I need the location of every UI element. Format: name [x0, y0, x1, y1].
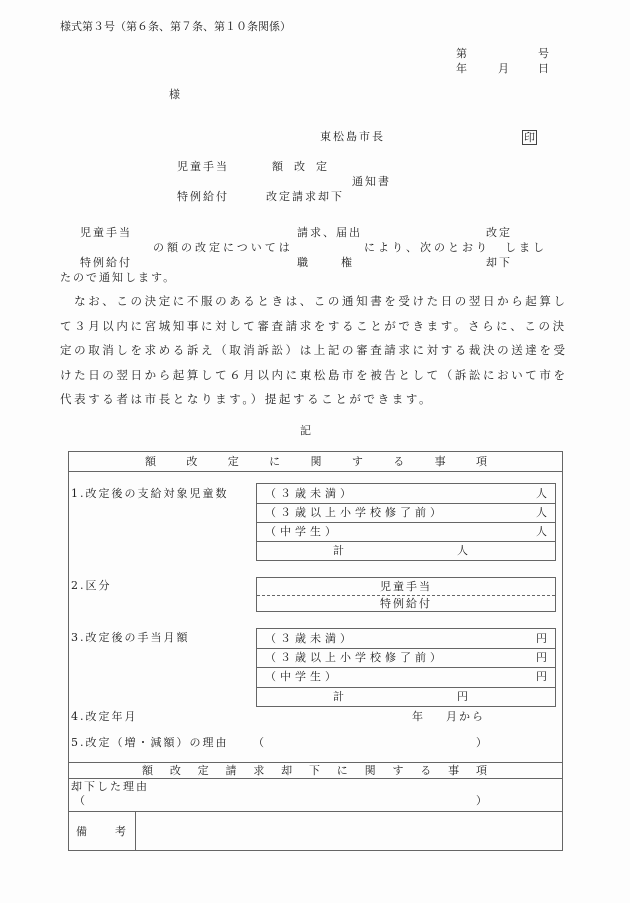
header-char: す	[392, 765, 403, 776]
header-char: 額	[145, 456, 156, 467]
header-char: 事	[435, 456, 446, 467]
item2-category-box: 児童手当 特例給付	[256, 577, 556, 612]
doc-number-prefix: 第	[456, 48, 467, 59]
row-unit: 人	[536, 522, 547, 541]
item1-row-3to-elementary[interactable]: （３歳以上小学校修了前）人	[257, 503, 555, 522]
row-unit: 円	[536, 629, 547, 648]
p1-special-benefit: 特例給付	[80, 257, 132, 268]
header-char: に	[337, 765, 348, 776]
remarks-field[interactable]	[137, 813, 561, 849]
date-year: 年	[456, 63, 467, 74]
total-unit: 円	[457, 691, 468, 702]
row-label: （中学生）	[265, 667, 340, 686]
item5-open-paren: （	[253, 737, 264, 748]
row-unit: 円	[536, 667, 547, 686]
category-special-benefit[interactable]: 特例給付	[257, 595, 555, 612]
item2-label: 2.区分	[71, 580, 112, 591]
date-day: 日	[538, 63, 549, 74]
header-char: 項	[476, 456, 487, 467]
reject-reason-label: 却下した理由	[71, 781, 149, 792]
title-special-benefit: 特例給付	[177, 191, 229, 202]
header-char: 項	[476, 765, 487, 776]
date-month: 月	[498, 63, 509, 74]
p2-line: て３月以内に宮城知事に対して審査請求をすることができます。さらに、この決	[60, 321, 567, 333]
seal-mark: 印	[522, 130, 537, 145]
item5-close-paren: ）	[476, 737, 487, 748]
reject-open-paren: （	[74, 795, 85, 806]
item1-row-under3[interactable]: （３歳未満）人	[257, 484, 555, 503]
p1-text-a: の額の改定については	[153, 242, 293, 253]
item4-year-unit[interactable]: 年	[412, 711, 423, 722]
header-char: 事	[448, 765, 459, 776]
row-unit: 人	[536, 503, 547, 522]
p1-text-b: により、次のとおり	[364, 242, 490, 253]
remarks-label-a: 備	[76, 826, 87, 837]
item5-label: 5.改定（増・減額）の理由	[71, 737, 229, 748]
p1-text-c: しまし	[505, 242, 547, 253]
section1-header: 額 改 定 に 関 す る 事 項	[145, 456, 487, 467]
header-char: 改	[170, 765, 181, 776]
row-unit: 円	[536, 648, 547, 667]
header-char: に	[269, 456, 280, 467]
divider	[68, 778, 563, 779]
item4-month-unit[interactable]: 月から	[446, 711, 485, 722]
row-label: （中学生）	[265, 522, 340, 541]
header-char: 請	[225, 765, 236, 776]
p1-child-allowance: 児童手当	[80, 227, 132, 238]
header-char: 額	[142, 765, 153, 776]
p2-line: なお、この決定に不服のあるときは、この通知書を受けた日の翌日から起算し	[60, 296, 568, 308]
item3-amount-box: （３歳未満）円 （３歳以上小学校修了前）円 （中学生）円 計円	[256, 628, 556, 707]
row-label: （３歳未満）	[265, 629, 355, 648]
item3-row-junior-high[interactable]: （中学生）円	[257, 667, 555, 686]
title-child-allowance: 児童手当	[177, 161, 229, 172]
title-amount-revision: 額 改 定	[272, 161, 327, 172]
header-char: 定	[198, 765, 209, 776]
item1-row-junior-high[interactable]: （中学生）人	[257, 522, 555, 541]
item3-row-3to-elementary[interactable]: （３歳以上小学校修了前）円	[257, 648, 555, 667]
p1-revision: 改定	[486, 227, 512, 238]
divider	[68, 811, 563, 812]
p1-closing: たので通知します。	[60, 272, 176, 283]
total-unit: 人	[457, 545, 468, 556]
addressee-suffix: 様	[169, 89, 180, 100]
section2-header: 額 改 定 請 求 却 下 に 関 す る 事 項	[142, 765, 487, 776]
divider	[135, 811, 136, 851]
ki-mark: 記	[300, 425, 311, 436]
header-char: る	[393, 456, 404, 467]
remarks-label-b: 考	[115, 826, 126, 837]
total-label: 計	[333, 691, 344, 702]
p2-line: 代表する者は市長となります。）提起することができます。	[60, 394, 433, 406]
header-char: す	[352, 456, 363, 467]
item3-label: 3.改定後の手当月額	[71, 632, 190, 643]
p2-line: 定の取消しを求める訴え（取消訴訟）は上記の審査請求に対する裁決の送達を受	[60, 345, 568, 357]
form-number: 様式第３号（第６条、第７条、第１０条関係）	[60, 21, 291, 32]
row-label: （３歳以上小学校修了前）	[265, 648, 445, 667]
item1-label: 1.改定後の支給対象児童数	[71, 488, 229, 499]
header-char: 改	[186, 456, 197, 467]
issuer-name: 東松島市長	[320, 131, 385, 142]
title-notice: 通知書	[352, 176, 391, 187]
row-label: （３歳以上小学校修了前）	[265, 503, 445, 522]
title-revision-rejection: 改定請求却下	[266, 191, 344, 202]
divider	[68, 471, 563, 472]
header-char: 定	[228, 456, 239, 467]
item4-label: 4.改定年月	[71, 711, 138, 722]
reject-reason-field[interactable]	[90, 793, 470, 809]
item1-children-box: （３歳未満）人 （３歳以上小学校修了前）人 （中学生）人 計人	[256, 483, 556, 561]
p2-line: けた日の翌日から起算して６月以内に東松島市を被告として（訴訟において市を	[60, 370, 568, 382]
row-label: （３歳未満）	[265, 484, 355, 503]
item3-row-under3[interactable]: （３歳未満）円	[257, 629, 555, 648]
item5-reason-field[interactable]	[270, 734, 470, 750]
header-char: 関	[311, 456, 322, 467]
header-char: 下	[309, 765, 320, 776]
row-unit: 人	[536, 484, 547, 503]
divider	[68, 762, 563, 763]
header-char: る	[420, 765, 431, 776]
p1-rejection: 却下	[486, 257, 512, 268]
p1-claim-report: 請求、届出	[297, 227, 362, 238]
p1-ex-officio: 職 権	[297, 257, 352, 268]
reject-close-paren: ）	[476, 795, 487, 806]
total-label: 計	[333, 545, 344, 556]
header-char: 却	[281, 765, 292, 776]
item3-row-total[interactable]: 計円	[257, 687, 555, 706]
category-child-allowance[interactable]: 児童手当	[257, 578, 555, 595]
doc-number-suffix: 号	[538, 48, 549, 59]
header-char: 求	[253, 765, 264, 776]
item1-row-total[interactable]: 計人	[257, 541, 555, 560]
header-char: 関	[365, 765, 376, 776]
